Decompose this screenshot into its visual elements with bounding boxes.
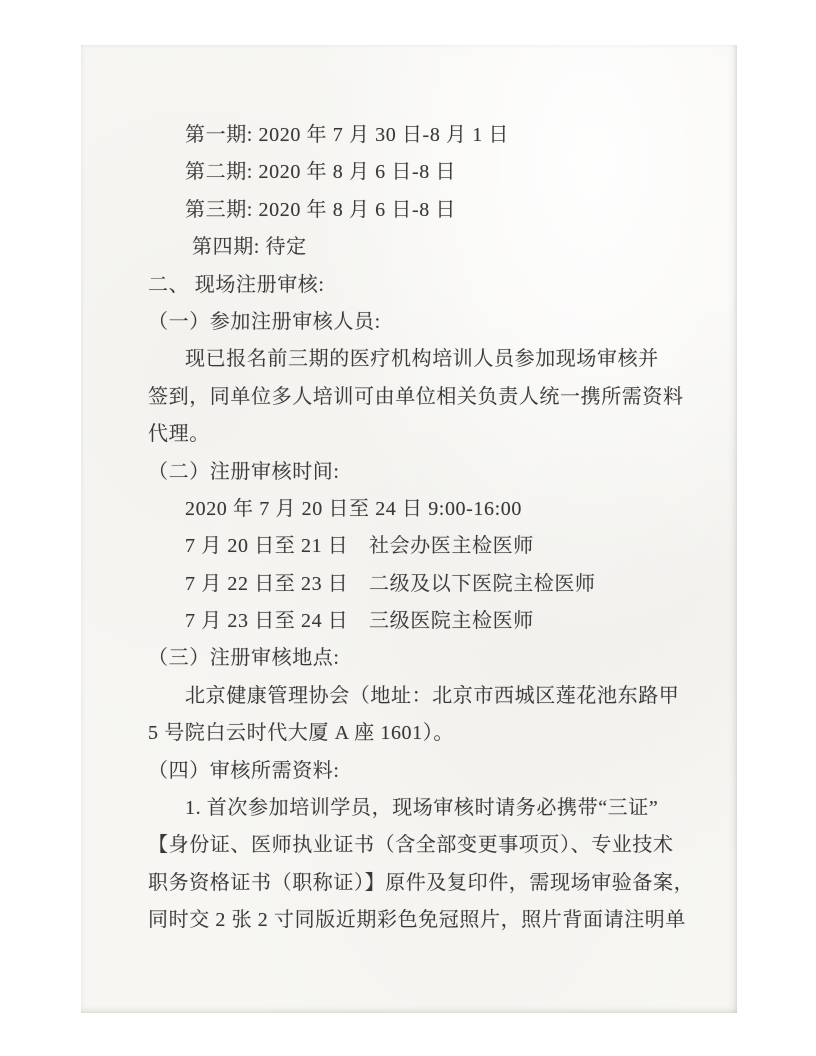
text-line: （三）注册审核地点: <box>148 640 676 677</box>
text-line: 现已报名前三期的医疗机构培训人员参加现场审核并 <box>185 341 676 378</box>
text-line: 第三期: 2020 年 8 月 6 日-8 日 <box>185 192 676 229</box>
text-line: 【身份证、医师执业证书（含全部变更事项页）、专业技术 <box>148 827 676 864</box>
text-line: （二）注册审核时间: <box>148 454 676 491</box>
text-line: 二、 现场注册审核: <box>148 267 676 304</box>
text-line: 7 月 23 日至 24 日 三级医院主检医师 <box>185 603 676 640</box>
text-line: 代理。 <box>148 416 676 453</box>
text-line: 职务资格证书（职称证）】原件及复印件，需现场审验备案， <box>148 865 676 902</box>
text-line: 7 月 20 日至 21 日 社会办医主检医师 <box>185 528 676 565</box>
document-text-block: 第一期: 2020 年 7 月 30 日-8 月 1 日第二期: 2020 年 … <box>148 117 676 940</box>
text-line: 签到，同单位多人培训可由单位相关负责人统一携所需资料 <box>148 379 676 416</box>
text-line: 1. 首次参加培训学员，现场审核时请务必携带“三证” <box>185 790 676 827</box>
text-line: 第四期: 待定 <box>192 229 676 266</box>
text-line: 第二期: 2020 年 8 月 6 日-8 日 <box>185 154 676 191</box>
text-line: 7 月 22 日至 23 日 二级及以下医院主检医师 <box>185 566 676 603</box>
text-line: 同时交 2 张 2 寸同版近期彩色免冠照片，照片背面请注明单 <box>148 902 676 939</box>
text-line: （四）审核所需资料: <box>148 753 676 790</box>
text-line: （一）参加注册审核人员: <box>148 304 676 341</box>
text-line: 5 号院白云时代大厦 A 座 1601）。 <box>148 715 676 752</box>
text-line: 北京健康管理协会（地址：北京市西城区莲花池东路甲 <box>185 678 676 715</box>
text-line: 第一期: 2020 年 7 月 30 日-8 月 1 日 <box>185 117 676 154</box>
text-line: 2020 年 7 月 20 日至 24 日 9:00-16:00 <box>185 491 676 528</box>
paper-sheet: 第一期: 2020 年 7 月 30 日-8 月 1 日第二期: 2020 年 … <box>81 45 737 1013</box>
